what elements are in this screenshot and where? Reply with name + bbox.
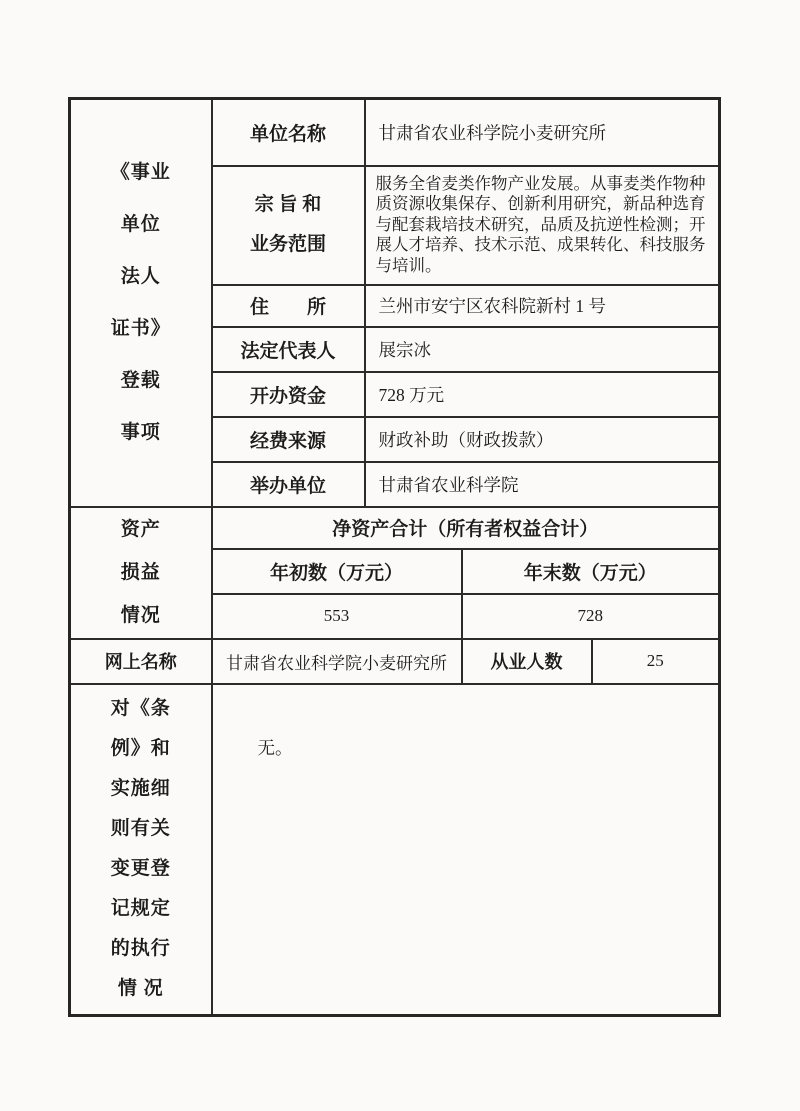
compliance-header-line: 记规定 <box>71 889 211 929</box>
address-label: 住 所 <box>212 285 365 327</box>
row-unit-name: 《事业 单位 法人 证书》 登载 事项 单位名称 甘肃省农业科学院小麦研究所 <box>70 99 720 166</box>
compliance-header-line: 情 况 <box>71 969 211 1009</box>
staff-count-value: 25 <box>592 639 720 684</box>
compliance-header-line: 则有关 <box>71 809 211 849</box>
legal-representative-value: 展宗冰 <box>365 327 720 372</box>
assets-header-line: 资产 <box>71 508 211 551</box>
organizer-value: 甘肃省农业科学院 <box>365 462 720 507</box>
net-assets-total-label: 净资产合计（所有者权益合计） <box>212 507 720 549</box>
unit-name-label: 单位名称 <box>212 99 365 166</box>
cert-header-line: 《事业 <box>71 147 211 199</box>
compliance-section-header: 对《条 例》和 实施细 则有关 变更登 记规定 的执行 情 况 <box>70 684 212 1016</box>
opening-capital-label: 开办资金 <box>212 372 365 417</box>
online-name-label: 网上名称 <box>70 639 212 684</box>
scanned-document-page: 《事业 单位 法人 证书》 登载 事项 单位名称 甘肃省农业科学院小麦研究所 宗… <box>0 0 800 1111</box>
legal-representative-label: 法定代表人 <box>212 327 365 372</box>
organizer-label: 举办单位 <box>212 462 365 507</box>
purpose-label-line1: 宗 旨 和 <box>213 185 364 225</box>
year-begin-value: 553 <box>212 594 462 639</box>
year-begin-header: 年初数（万元） <box>212 549 462 594</box>
cert-header-line: 法人 <box>71 251 211 303</box>
funding-source-value: 财政补助（财政拨款） <box>365 417 720 462</box>
compliance-header-line: 例》和 <box>71 729 211 769</box>
assets-header-line: 情况 <box>71 594 211 637</box>
row-net-assets-total: 资产 损益 情况 净资产合计（所有者权益合计） <box>70 507 720 549</box>
purpose-scope-value: 服务全省麦类作物产业发展。从事麦类作物种质资源收集保存、创新利用研究，新品种选育… <box>365 166 720 285</box>
cert-header-line: 登载 <box>71 355 211 407</box>
cert-header-line: 证书》 <box>71 303 211 355</box>
purpose-scope-label: 宗 旨 和 业务范围 <box>212 166 365 285</box>
cert-header-line: 单位 <box>71 199 211 251</box>
online-name-value: 甘肃省农业科学院小麦研究所 <box>212 639 462 684</box>
assets-section-header: 资产 损益 情况 <box>70 507 212 639</box>
year-end-value: 728 <box>462 594 720 639</box>
compliance-value: 无。 <box>212 684 720 1016</box>
compliance-header-line: 实施细 <box>71 769 211 809</box>
year-end-header: 年末数（万元） <box>462 549 720 594</box>
staff-count-label: 从业人数 <box>462 639 592 684</box>
row-compliance: 对《条 例》和 实施细 则有关 变更登 记规定 的执行 情 况 无。 <box>70 684 720 1016</box>
compliance-header-line: 对《条 <box>71 689 211 729</box>
row-online-name: 网上名称 甘肃省农业科学院小麦研究所 从业人数 25 <box>70 639 720 684</box>
compliance-header-line: 变更登 <box>71 849 211 889</box>
purpose-label-line2: 业务范围 <box>213 225 364 265</box>
opening-capital-value: 728 万元 <box>365 372 720 417</box>
address-value: 兰州市安宁区农科院新村 1 号 <box>365 285 720 327</box>
assets-header-line: 损益 <box>71 551 211 594</box>
registration-form-table: 《事业 单位 法人 证书》 登载 事项 单位名称 甘肃省农业科学院小麦研究所 宗… <box>68 97 721 1017</box>
cert-section-header: 《事业 单位 法人 证书》 登载 事项 <box>70 99 212 507</box>
compliance-header-line: 的执行 <box>71 929 211 969</box>
cert-header-line: 事项 <box>71 407 211 459</box>
unit-name-value: 甘肃省农业科学院小麦研究所 <box>365 99 720 166</box>
funding-source-label: 经费来源 <box>212 417 365 462</box>
